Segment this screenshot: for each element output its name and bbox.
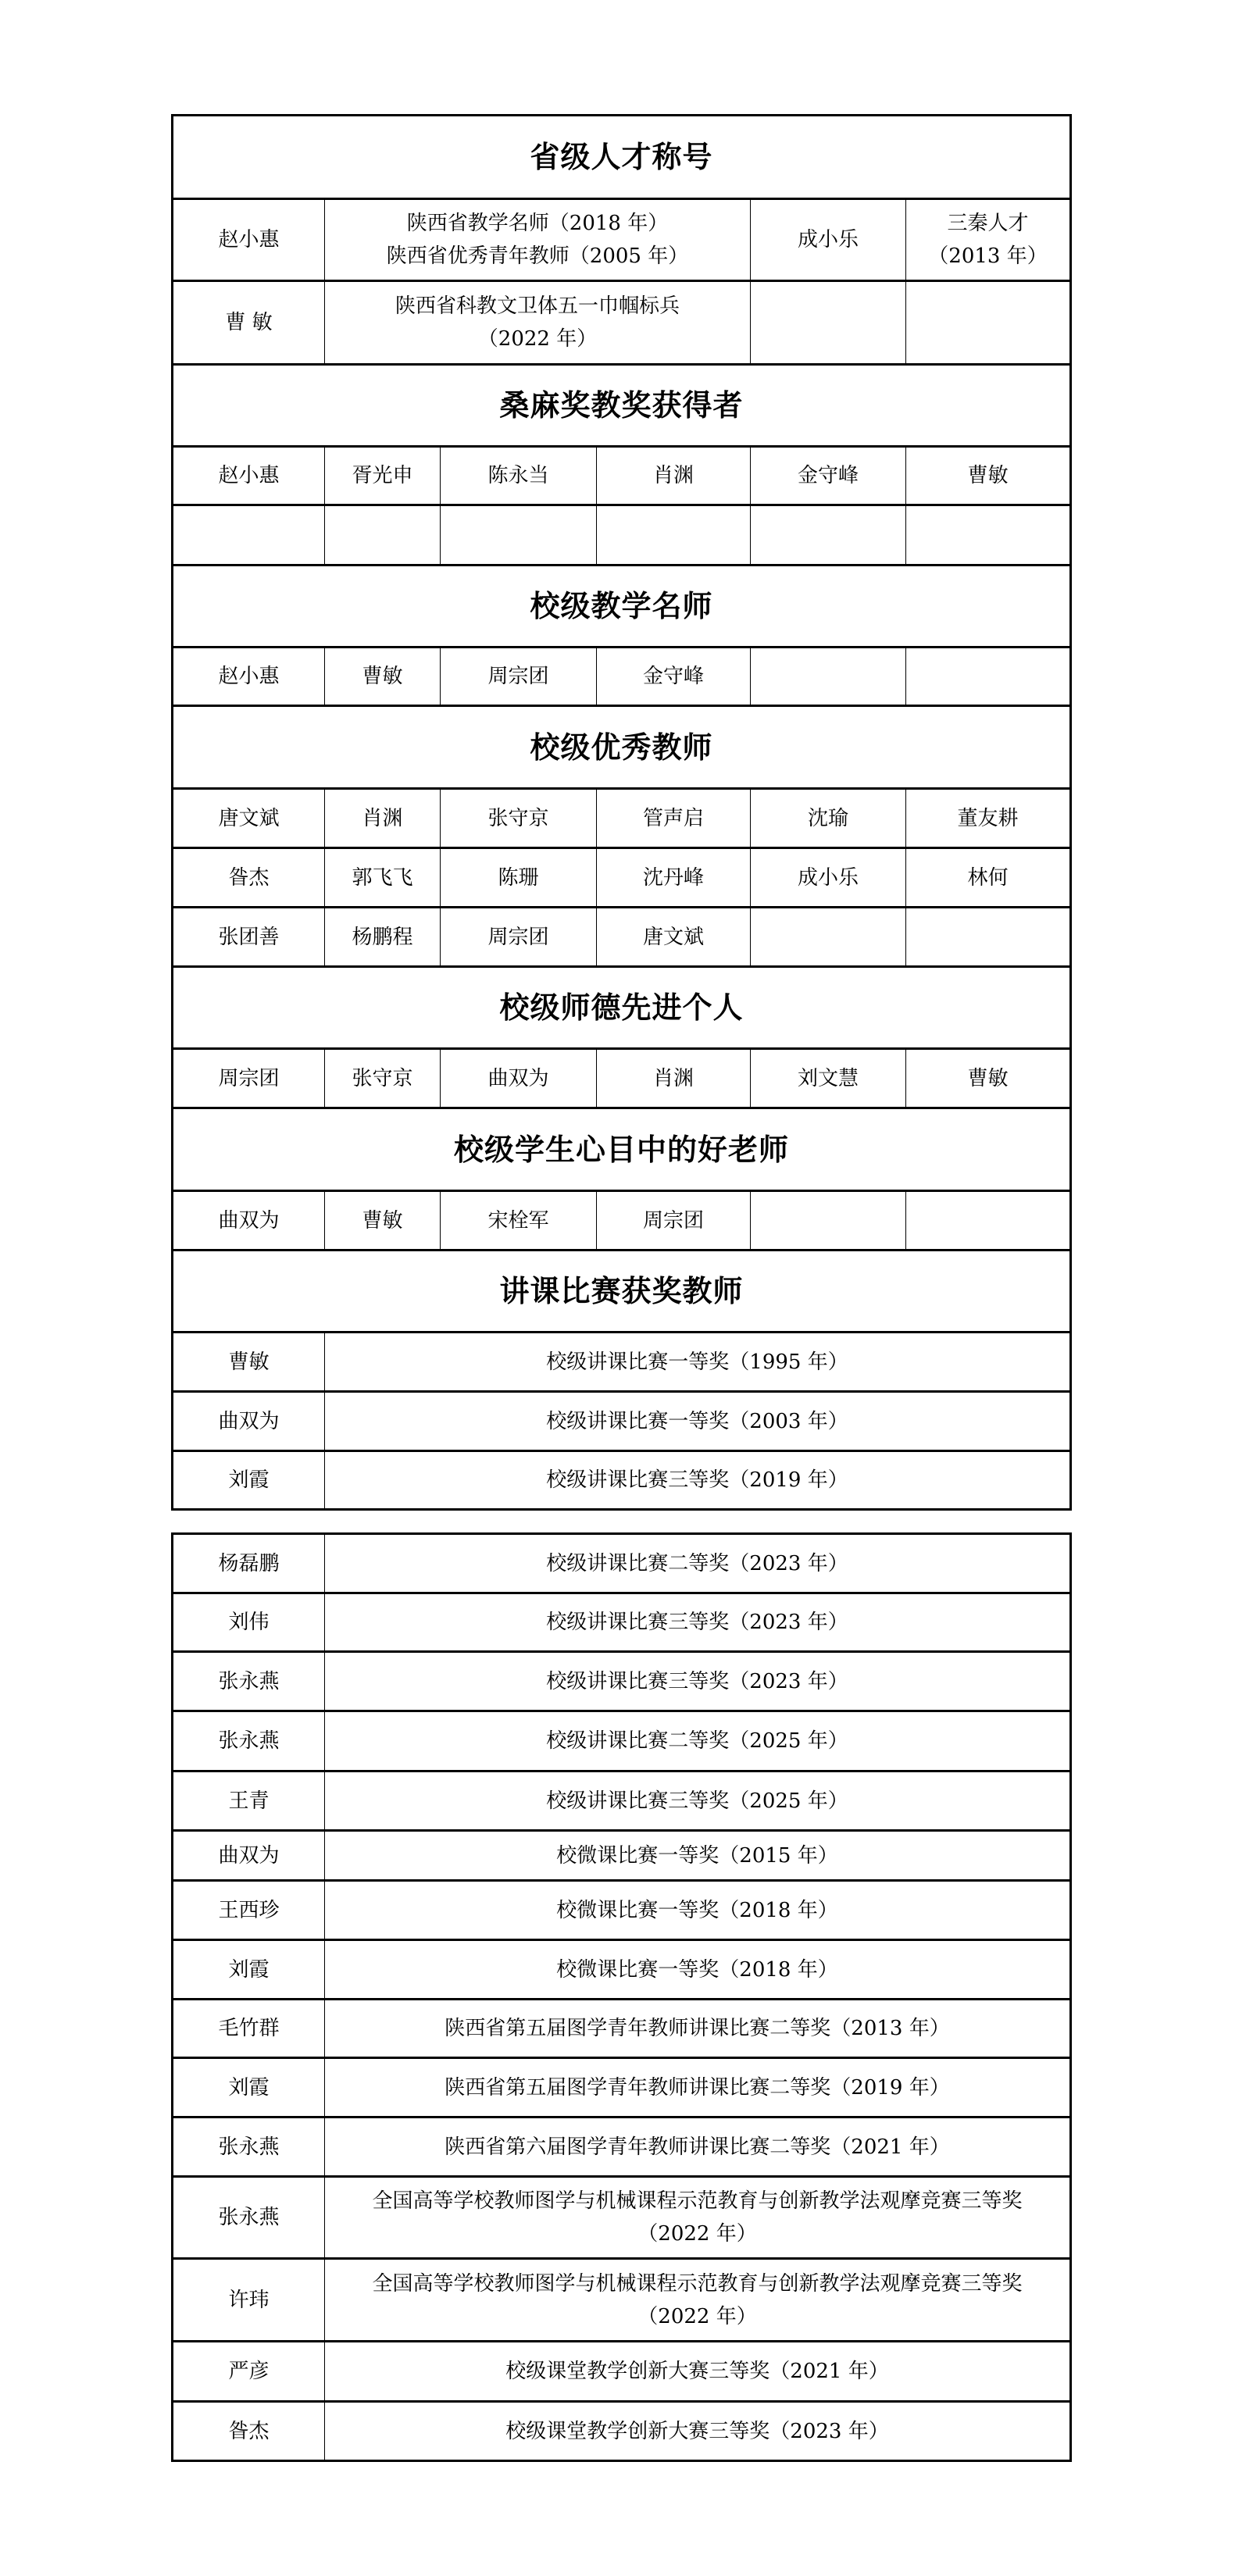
table-row xyxy=(173,505,1071,566)
name-cell xyxy=(906,505,1071,566)
name-cell: 胥光申 xyxy=(325,447,441,505)
section-header-lecture-contest: 讲课比赛获奖教师 xyxy=(173,1251,1071,1333)
awards-table-page-2: 杨磊鹏 校级讲课比赛二等奖（2023 年） 刘伟 校级讲课比赛三等奖（2023 … xyxy=(171,1532,1072,2462)
name-cell: 曹敏 xyxy=(325,1191,441,1251)
name-cell: 刘霞 xyxy=(173,1940,325,2000)
name-cell xyxy=(906,648,1071,706)
award-cell: 全国高等学校教师图学与机械课程示范教育与创新教学法观摩竞赛三等奖 （2022 年… xyxy=(325,2259,1071,2342)
name-cell: 周宗团 xyxy=(441,648,597,706)
name-cell: 成小乐 xyxy=(751,199,906,281)
award-cell: 校级讲课比赛二等奖（2023 年） xyxy=(325,1534,1071,1593)
award-cell: 全国高等学校教师图学与机械课程示范教育与创新教学法观摩竞赛三等奖 （2022 年… xyxy=(325,2177,1071,2259)
table-row: 王青 校级讲课比赛三等奖（2025 年） xyxy=(173,1771,1071,1831)
name-cell: 张守京 xyxy=(441,789,597,848)
name-cell xyxy=(325,505,441,566)
name-cell: 周宗团 xyxy=(173,1049,325,1108)
section-title: 桑麻奖教奖获得者 xyxy=(173,365,1071,447)
section-title: 校级教学名师 xyxy=(173,566,1071,648)
section-header-favorite-teacher: 校级学生心目中的好老师 xyxy=(173,1108,1071,1191)
table-row: 赵小惠 陕西省教学名师（2018 年） 陕西省优秀青年教师（2005 年） 成小… xyxy=(173,199,1071,281)
section-header-ethics: 校级师德先进个人 xyxy=(173,967,1071,1049)
table-row: 曲双为 曹敏 宋栓军 周宗团 xyxy=(173,1191,1071,1251)
name-cell xyxy=(751,505,906,566)
name-cell: 董友耕 xyxy=(906,789,1071,848)
name-cell: 刘霞 xyxy=(173,1451,325,1510)
table-row: 刘伟 校级讲课比赛三等奖（2023 年） xyxy=(173,1593,1071,1652)
section-header-excellent-teacher: 校级优秀教师 xyxy=(173,706,1071,789)
name-cell xyxy=(751,908,906,967)
table-row: 曹敏 校级讲课比赛一等奖（1995 年） xyxy=(173,1333,1071,1392)
table-row: 曲双为 校级讲课比赛一等奖（2003 年） xyxy=(173,1392,1071,1451)
awards-table-page-1: 省级人才称号 赵小惠 陕西省教学名师（2018 年） 陕西省优秀青年教师（200… xyxy=(171,114,1072,1511)
table-row: 赵小惠 胥光申 陈永当 肖渊 金守峰 曹敏 xyxy=(173,447,1071,505)
table-row: 刘霞 陕西省第五届图学青年教师讲课比赛二等奖（2019 年） xyxy=(173,2058,1071,2118)
name-cell: 曲双为 xyxy=(173,1831,325,1881)
name-cell xyxy=(751,281,906,365)
table-row: 王西珍 校微课比赛一等奖（2018 年） xyxy=(173,1881,1071,1940)
table-row: 张永燕 校级讲课比赛二等奖（2025 年） xyxy=(173,1711,1071,1771)
name-cell: 刘文慧 xyxy=(751,1049,906,1108)
table-row: 曹 敏 陕西省科教文卫体五一巾帼标兵 （2022 年） xyxy=(173,281,1071,365)
name-cell: 刘霞 xyxy=(173,2058,325,2118)
award-cell: 校微课比赛一等奖（2015 年） xyxy=(325,1831,1071,1881)
table-row: 张永燕 陕西省第六届图学青年教师讲课比赛二等奖（2021 年） xyxy=(173,2118,1071,2177)
name-cell: 王西珍 xyxy=(173,1881,325,1940)
section-title: 校级学生心目中的好老师 xyxy=(173,1108,1071,1191)
award-cell: 校级课堂教学创新大赛三等奖（2021 年） xyxy=(325,2342,1071,2402)
award-cell: 陕西省第五届图学青年教师讲课比赛二等奖（2013 年） xyxy=(325,2000,1071,2058)
name-cell: 杨鹏程 xyxy=(325,908,441,967)
name-cell: 成小乐 xyxy=(751,848,906,908)
table-row: 杨磊鹏 校级讲课比赛二等奖（2023 年） xyxy=(173,1534,1071,1593)
name-cell: 张永燕 xyxy=(173,1652,325,1711)
name-cell: 肖渊 xyxy=(325,789,441,848)
award-cell: 校级讲课比赛一等奖（1995 年） xyxy=(325,1333,1071,1392)
name-cell xyxy=(173,505,325,566)
award-cell: 陕西省第六届图学青年教师讲课比赛二等奖（2021 年） xyxy=(325,2118,1071,2177)
name-cell: 林何 xyxy=(906,848,1071,908)
name-cell: 曲双为 xyxy=(441,1049,597,1108)
name-cell: 杨磊鹏 xyxy=(173,1534,325,1593)
name-cell: 昝杰 xyxy=(173,848,325,908)
award-cell: 陕西省教学名师（2018 年） 陕西省优秀青年教师（2005 年） xyxy=(325,199,751,281)
name-cell: 郭飞飞 xyxy=(325,848,441,908)
name-cell: 陈珊 xyxy=(441,848,597,908)
section-title: 讲课比赛获奖教师 xyxy=(173,1251,1071,1333)
name-cell: 肖渊 xyxy=(597,1049,751,1108)
section-header-sangma: 桑麻奖教奖获得者 xyxy=(173,365,1071,447)
award-cell: 校级讲课比赛三等奖（2023 年） xyxy=(325,1652,1071,1711)
name-cell xyxy=(597,505,751,566)
name-cell: 昝杰 xyxy=(173,2402,325,2461)
name-cell: 曹敏 xyxy=(173,1333,325,1392)
name-cell: 曹敏 xyxy=(325,648,441,706)
table-row: 张团善 杨鹏程 周宗团 唐文斌 xyxy=(173,908,1071,967)
award-cell: 校微课比赛一等奖（2018 年） xyxy=(325,1881,1071,1940)
name-cell: 金守峰 xyxy=(597,648,751,706)
name-cell xyxy=(751,648,906,706)
name-cell: 张永燕 xyxy=(173,1711,325,1771)
award-cell: 校级讲课比赛二等奖（2025 年） xyxy=(325,1711,1071,1771)
name-cell: 刘伟 xyxy=(173,1593,325,1652)
name-cell: 宋栓军 xyxy=(441,1191,597,1251)
name-cell: 唐文斌 xyxy=(597,908,751,967)
name-cell: 张永燕 xyxy=(173,2118,325,2177)
name-cell: 赵小惠 xyxy=(173,199,325,281)
award-cell: 校级讲课比赛三等奖（2019 年） xyxy=(325,1451,1071,1510)
table-row: 严彦 校级课堂教学创新大赛三等奖（2021 年） xyxy=(173,2342,1071,2402)
name-cell: 王青 xyxy=(173,1771,325,1831)
name-cell: 张团善 xyxy=(173,908,325,967)
name-cell: 曲双为 xyxy=(173,1191,325,1251)
name-cell: 严彦 xyxy=(173,2342,325,2402)
award-cell: 校级讲课比赛三等奖（2025 年） xyxy=(325,1771,1071,1831)
award-cell: 校级讲课比赛一等奖（2003 年） xyxy=(325,1392,1071,1451)
table-row: 昝杰 校级课堂教学创新大赛三等奖（2023 年） xyxy=(173,2402,1071,2461)
table-row: 周宗团 张守京 曲双为 肖渊 刘文慧 曹敏 xyxy=(173,1049,1071,1108)
table-row: 张永燕 校级讲课比赛三等奖（2023 年） xyxy=(173,1652,1071,1711)
award-cell: 校级课堂教学创新大赛三等奖（2023 年） xyxy=(325,2402,1071,2461)
name-cell: 陈永当 xyxy=(441,447,597,505)
award-cell: 三秦人才 （2013 年） xyxy=(906,199,1071,281)
name-cell: 肖渊 xyxy=(597,447,751,505)
name-cell xyxy=(906,908,1071,967)
name-cell: 唐文斌 xyxy=(173,789,325,848)
section-title: 省级人才称号 xyxy=(173,116,1071,199)
name-cell: 沈丹峰 xyxy=(597,848,751,908)
award-cell xyxy=(906,281,1071,365)
award-cell: 陕西省科教文卫体五一巾帼标兵 （2022 年） xyxy=(325,281,751,365)
award-cell: 陕西省第五届图学青年教师讲课比赛二等奖（2019 年） xyxy=(325,2058,1071,2118)
name-cell: 管声启 xyxy=(597,789,751,848)
name-cell xyxy=(751,1191,906,1251)
table-row: 许玮 全国高等学校教师图学与机械课程示范教育与创新教学法观摩竞赛三等奖 （202… xyxy=(173,2259,1071,2342)
table-row: 曲双为 校微课比赛一等奖（2015 年） xyxy=(173,1831,1071,1881)
name-cell: 曹敏 xyxy=(906,447,1071,505)
name-cell: 赵小惠 xyxy=(173,447,325,505)
name-cell: 张永燕 xyxy=(173,2177,325,2259)
table-row: 唐文斌 肖渊 张守京 管声启 沈瑜 董友耕 xyxy=(173,789,1071,848)
table-row: 赵小惠 曹敏 周宗团 金守峰 xyxy=(173,648,1071,706)
table-row: 刘霞 校微课比赛一等奖（2018 年） xyxy=(173,1940,1071,2000)
name-cell: 周宗团 xyxy=(597,1191,751,1251)
section-header-provincial: 省级人才称号 xyxy=(173,116,1071,199)
section-title: 校级师德先进个人 xyxy=(173,967,1071,1049)
name-cell: 沈瑜 xyxy=(751,789,906,848)
name-cell: 张守京 xyxy=(325,1049,441,1108)
table-row: 刘霞 校级讲课比赛三等奖（2019 年） xyxy=(173,1451,1071,1510)
name-cell: 金守峰 xyxy=(751,447,906,505)
name-cell: 毛竹群 xyxy=(173,2000,325,2058)
award-cell: 校微课比赛一等奖（2018 年） xyxy=(325,1940,1071,2000)
table-row: 张永燕 全国高等学校教师图学与机械课程示范教育与创新教学法观摩竞赛三等奖 （20… xyxy=(173,2177,1071,2259)
section-header-famous-teacher: 校级教学名师 xyxy=(173,566,1071,648)
name-cell: 周宗团 xyxy=(441,908,597,967)
award-cell: 校级讲课比赛三等奖（2023 年） xyxy=(325,1593,1071,1652)
table-row: 昝杰 郭飞飞 陈珊 沈丹峰 成小乐 林何 xyxy=(173,848,1071,908)
name-cell: 曹敏 xyxy=(906,1049,1071,1108)
name-cell: 曲双为 xyxy=(173,1392,325,1451)
name-cell: 赵小惠 xyxy=(173,648,325,706)
section-title: 校级优秀教师 xyxy=(173,706,1071,789)
name-cell xyxy=(441,505,597,566)
name-cell: 许玮 xyxy=(173,2259,325,2342)
name-cell: 曹 敏 xyxy=(173,281,325,365)
table-row: 毛竹群 陕西省第五届图学青年教师讲课比赛二等奖（2013 年） xyxy=(173,2000,1071,2058)
name-cell xyxy=(906,1191,1071,1251)
